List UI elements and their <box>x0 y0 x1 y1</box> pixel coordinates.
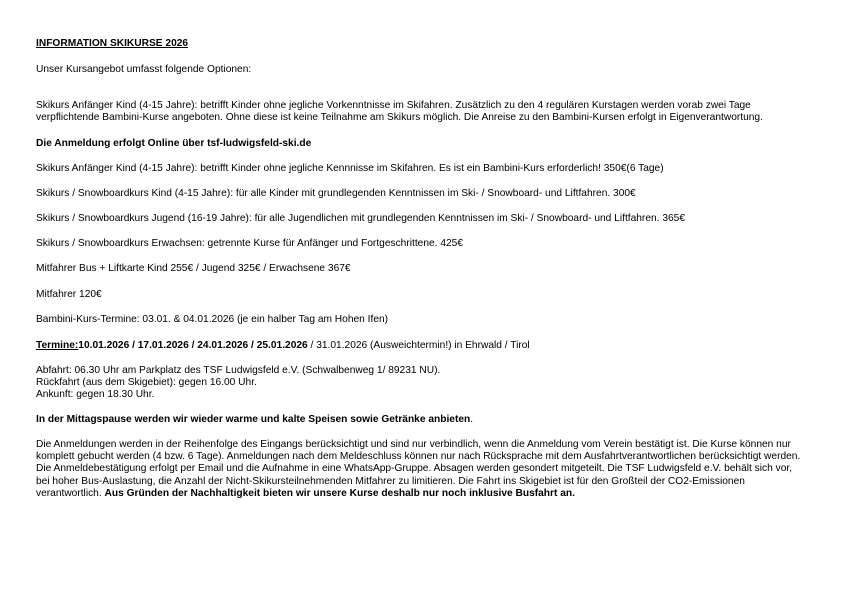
registration-note: Die Anmeldung erfolgt Online über tsf-lu… <box>36 138 311 150</box>
dates-rest: / 31.01.2026 (Ausweichtermin!) in Ehrwal… <box>308 340 530 351</box>
departure-info: Abfahrt: 06.30 Uhr am Parkplatz des TSF … <box>36 365 440 377</box>
bambini-dates: Bambini-Kurs-Termine: 03.01. & 04.01.202… <box>36 314 388 326</box>
option-bus-liftpass: Mitfahrer Bus + Liftkarte Kind 255€ / Ju… <box>36 263 351 275</box>
arrival-info: Ankunft: gegen 18.30 Uhr. <box>36 389 154 401</box>
intro-text: Unser Kursangebot umfasst folgende Optio… <box>36 64 251 76</box>
option-beginner-child: Skikurs Anfänger Kind (4-15 Jahre): betr… <box>36 163 664 175</box>
terms-paragraph: Die Anmeldungen werden in der Reihenfolg… <box>36 439 806 500</box>
option-passenger: Mitfahrer 120€ <box>36 289 102 301</box>
course-dates: Termine:10.01.2026 / 17.01.2026 / 24.01.… <box>36 340 530 352</box>
dates-label: Termine: <box>36 340 78 351</box>
lunch-end: . <box>470 414 473 425</box>
terms-bold: Aus Gründen der Nachhaltigkeit bieten wi… <box>105 488 575 499</box>
option-child: Skikurs / Snowboardkurs Kind (4-15 Jahre… <box>36 188 636 200</box>
lunch-note: In der Mittagspause werden wir wieder wa… <box>36 414 473 426</box>
option-youth: Skikurs / Snowboardkurs Jugend (16-19 Ja… <box>36 213 685 225</box>
bambini-note: Skikurs Anfänger Kind (4-15 Jahre): betr… <box>36 100 806 124</box>
option-adult: Skikurs / Snowboardkurs Erwachsen: getre… <box>36 238 463 250</box>
return-info: Rückfahrt (aus dem Skigebiet): gegen 16.… <box>36 377 257 389</box>
lunch-text: In der Mittagspause werden wir wieder wa… <box>36 414 470 425</box>
dates-main: 10.01.2026 / 17.01.2026 / 24.01.2026 / 2… <box>78 340 307 351</box>
document-title: INFORMATION SKIKURSE 2026 <box>36 38 188 50</box>
